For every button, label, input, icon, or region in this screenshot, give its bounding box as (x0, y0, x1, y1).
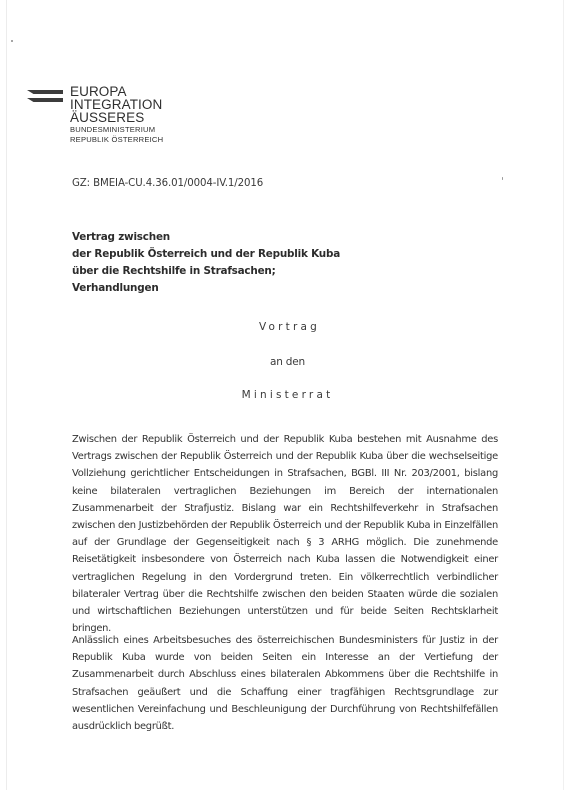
subject-line: Verhandlungen (72, 280, 340, 297)
heading-vortrag: Vortrag (0, 321, 567, 333)
austrian-flag-bars-icon (27, 89, 63, 105)
heading-ministerrat: Ministerrat (0, 389, 567, 401)
body-paragraph: Anlässlich eines Arbeitsbesuches des öst… (72, 632, 498, 735)
logo-line-republik: REPUBLIK ÖSTERREICH (70, 135, 163, 145)
body-paragraph: Zwischen der Republik Österreich und der… (72, 431, 498, 637)
heading-an-den: an den (0, 356, 567, 368)
logo-line-aeusseres: ÄUSSERES (70, 111, 163, 124)
logo-bar-top (27, 90, 63, 94)
logo-line-bundesministerium: BUNDESMINISTERIUM (70, 125, 163, 135)
subject-line: der Republik Österreich und der Republik… (72, 246, 340, 263)
subject-block: Vertrag zwischen der Republik Österreich… (72, 229, 340, 297)
reference-number: GZ: BMEIA-CU.4.36.01/0004-IV.1/2016 (72, 178, 263, 189)
scan-speck (11, 40, 13, 42)
subject-line: über die Rechtshilfe in Strafsachen; (72, 263, 340, 280)
scan-speck (502, 177, 503, 180)
logo-text: EUROPA INTEGRATION ÄUSSERES BUNDESMINIST… (70, 85, 163, 144)
logo-bar-bottom (27, 98, 63, 102)
subject-line: Vertrag zwischen (72, 229, 340, 246)
